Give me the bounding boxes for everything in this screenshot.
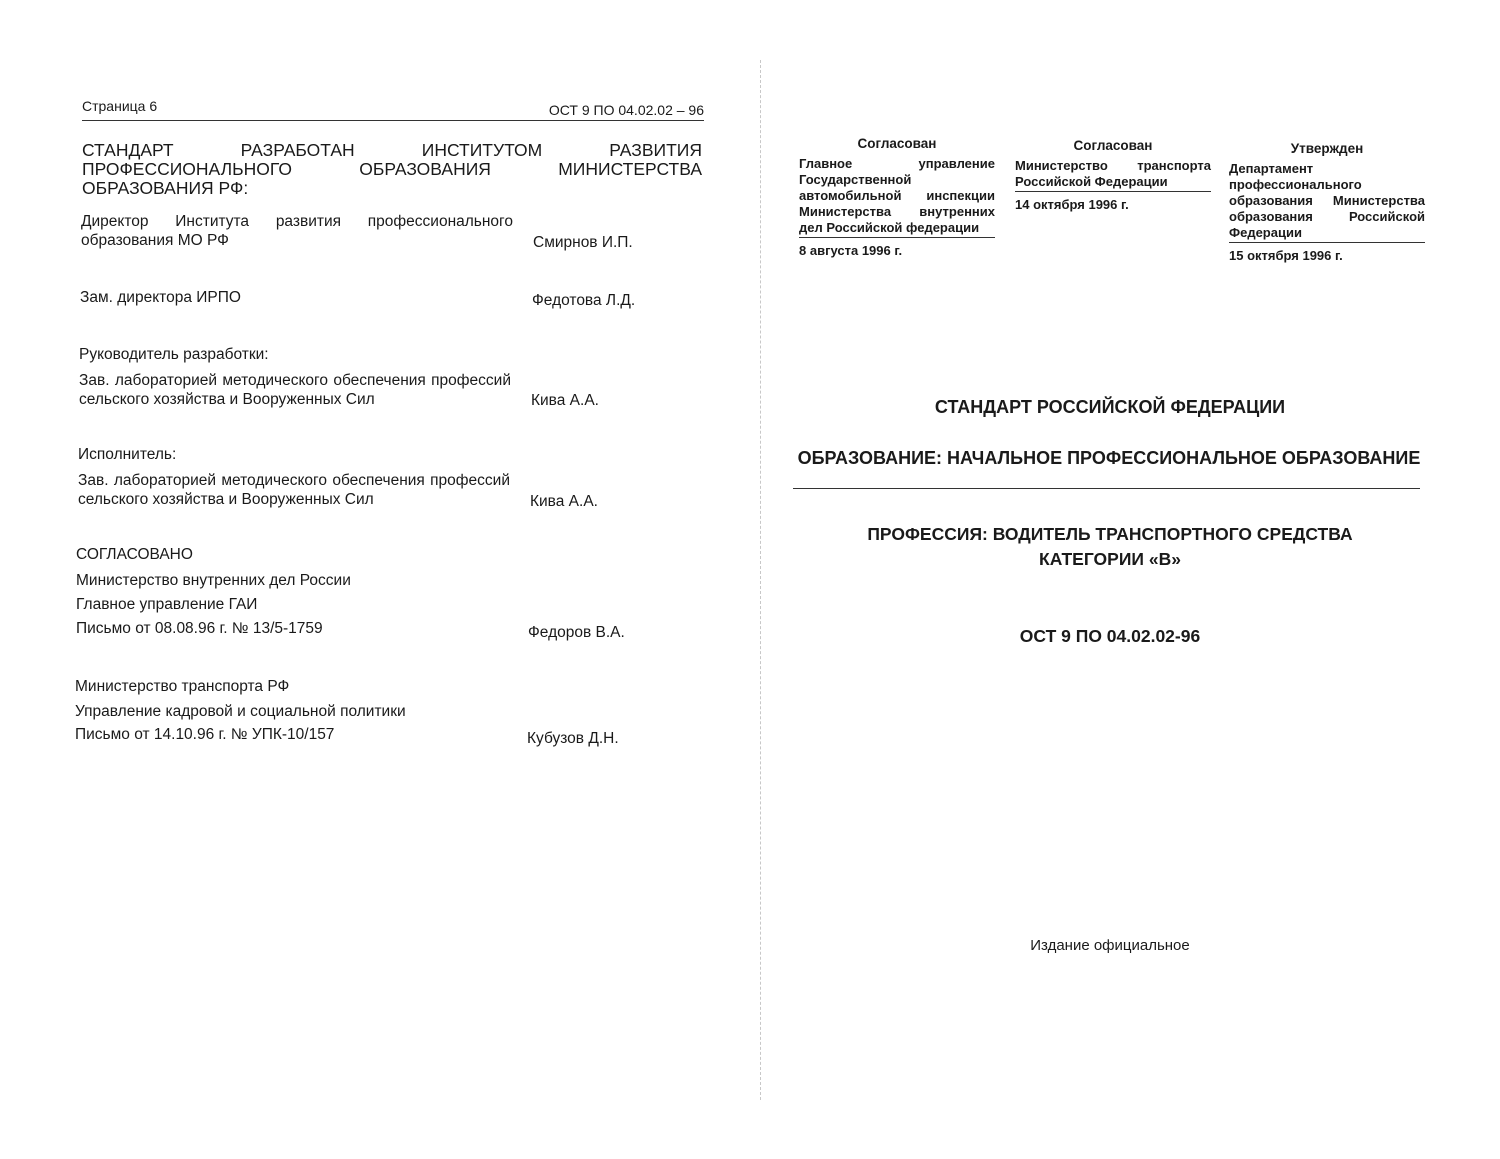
signatory-heading: Руководитель разработки: (79, 346, 269, 364)
approval-title: Согласован (1015, 138, 1211, 154)
agreed-heading: СОГЛАСОВАНО (76, 546, 193, 564)
approval-date: 8 августа 1996 г. (799, 243, 995, 259)
signatory-role: Зав. лабораторией методического обеспече… (79, 371, 511, 409)
agreed-line: Главное управление ГАИ (76, 596, 257, 614)
approval-date: 15 октября 1996 г. (1229, 248, 1425, 264)
page-number: Страница 6 (82, 98, 157, 114)
signatory-role: Директор Института развития профессионал… (81, 212, 513, 250)
header-doc-code: ОСТ 9 ПО 04.02.02 – 96 (549, 102, 704, 118)
agreed-line: Письмо от 14.10.96 г. № УПК-10/157 (75, 726, 334, 744)
signatory-role: Зам. директора ИРПО (80, 288, 512, 307)
standard-title: СТАНДАРТ РОССИЙСКОЙ ФЕДЕРАЦИИ (790, 397, 1430, 418)
agreed-signatory-name: Кубузов Д.Н. (527, 730, 619, 748)
edition-note: Издание официальное (790, 937, 1430, 954)
approval-date: 14 октября 1996 г. (1015, 197, 1211, 213)
approval-title: Согласован (799, 136, 995, 152)
signatory-name: Смирнов И.П. (533, 234, 633, 252)
profession-title-line1: ПРОФЕССИЯ: ВОДИТЕЛЬ ТРАНСПОРТНОГО СРЕДСТ… (790, 524, 1430, 545)
approval-block-education: Утвержден Департамент профессионального … (1229, 141, 1425, 264)
approval-body: Департамент профессионального образовани… (1229, 161, 1425, 243)
page-fold-line (760, 60, 761, 1100)
signatory-heading: Исполнитель: (78, 446, 176, 464)
approval-body: Главное управление Государственной автом… (799, 156, 995, 238)
standard-code: ОСТ 9 ПО 04.02.02-96 (790, 626, 1430, 647)
agreed-signatory-name: Федоров В.А. (528, 624, 625, 642)
agreed-line: Управление кадровой и социальной политик… (75, 703, 406, 721)
approval-title: Утвержден (1229, 141, 1425, 157)
approval-block-gai: Согласован Главное управление Государств… (799, 136, 995, 259)
approval-body: Министерство транспорта Российской Федер… (1015, 158, 1211, 192)
agreed-line: Письмо от 08.08.96 г. № 13/5-1759 (76, 620, 323, 638)
signatory-name: Кива А.А. (530, 493, 598, 511)
running-header: Страница 6 ОСТ 9 ПО 04.02.02 – 96 (82, 98, 704, 121)
signatory-name: Кива А.А. (531, 392, 599, 410)
signatory-name: Федотова Л.Д. (532, 292, 635, 310)
field-title: ОБРАЗОВАНИЕ: НАЧАЛЬНОЕ ПРОФЕССИОНАЛЬНОЕ … (794, 448, 1424, 469)
approval-block-transport: Согласован Министерство транспорта Росси… (1015, 138, 1211, 213)
profession-title-line2: КАТЕГОРИИ «В» (790, 549, 1430, 570)
developer-statement: СТАНДАРТ РАЗРАБОТАН ИНСТИТУТОМ РАЗВИТИЯ … (82, 141, 702, 198)
title-divider (793, 488, 1420, 489)
agreed-line: Министерство транспорта РФ (75, 678, 289, 696)
agreed-line: Министерство внутренних дел России (76, 572, 351, 590)
signatory-role: Зав. лабораторией методического обеспече… (78, 471, 510, 509)
